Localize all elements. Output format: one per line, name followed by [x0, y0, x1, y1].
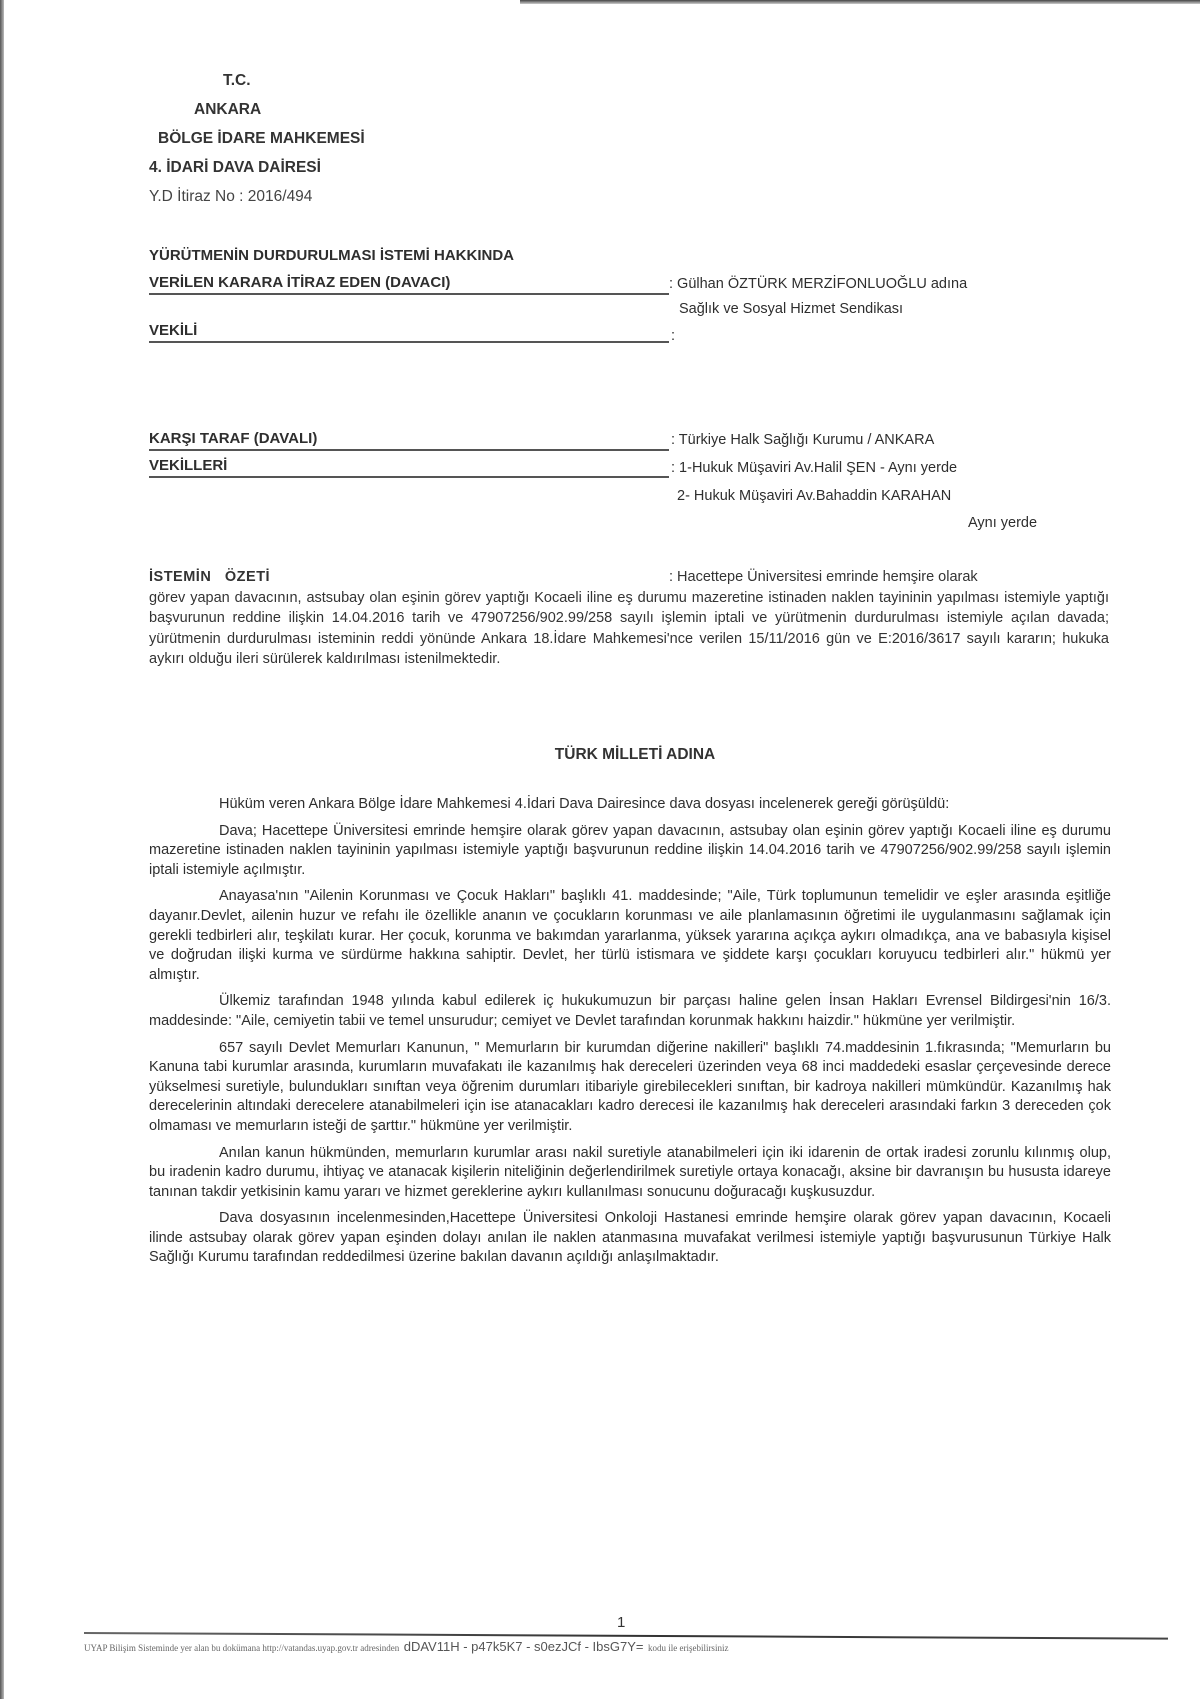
uyap-footer: UYAP Bilişim Sisteminde yer alan bu dokü… — [84, 1638, 1184, 1656]
header-court: BÖLGE İDARE MAHKEMESİ — [158, 124, 365, 153]
summary-first-line: : Hacettepe Üniversitesi emrinde hemşire… — [669, 567, 978, 588]
appellant-value: : Gülhan ÖZTÜRK MERZİFONLUOĞLU adına — [669, 276, 967, 292]
claim-summary: İSTEMİN ÖZETİ : Hacettepe Üniversitesi e… — [149, 567, 1109, 670]
respondent-row: KARŞI TARAF (DAVALI) : Türkiye Halk Sağl… — [149, 430, 669, 451]
summary-text: görev yapan davacının, astsubay olan eşi… — [149, 588, 1109, 670]
body-paragraph: Hüküm veren Ankara Bölge İdare Mahkemesi… — [149, 795, 1111, 815]
body-paragraph: 657 sayılı Devlet Memurları Kanunun, " M… — [149, 1039, 1111, 1137]
footer-access-code: dDAV11H - p47k5K7 - s0ezJCf - IbsG7Y= — [404, 1639, 644, 1654]
appellant-counsel-row: VEKİLİ : — [149, 322, 669, 343]
body-paragraph: Dava dosyasının incelenmesinden,Hacettep… — [149, 1209, 1111, 1268]
respondent-value: : Türkiye Halk Sağlığı Kurumu / ANKARA — [671, 432, 934, 448]
appellant-union: Sağlık ve Sosyal Hizmet Sendikası — [679, 301, 903, 317]
footer-notice-end: kodu ile erişebilirsiniz — [648, 1643, 728, 1653]
header-city: ANKARA — [158, 95, 365, 124]
body-paragraph: Anayasa'nın "Ailenin Korunması ve Çocuk … — [149, 887, 1111, 985]
appellant-row: VERİLEN KARARA İTİRAZ EDEN (DAVACI) : Gü… — [149, 274, 669, 295]
respondent-label: KARŞI TARAF (DAVALI) — [149, 430, 669, 451]
appellant-counsel-label: VEKİLİ — [149, 322, 669, 343]
body-paragraph: Ülkemiz tarafından 1948 yılında kabul ed… — [149, 992, 1111, 1031]
court-header: T.C. ANKARA BÖLGE İDARE MAHKEMESİ 4. İDA… — [158, 66, 365, 211]
appellant-label-line2: VERİLEN KARARA İTİRAZ EDEN (DAVACI) — [149, 274, 669, 295]
decision-body: Hüküm veren Ankara Bölge İdare Mahkemesi… — [149, 795, 1111, 1275]
page-number: 1 — [617, 1614, 625, 1631]
scan-edge-left — [0, 0, 4, 1699]
appellant-label-line1: YÜRÜTMENİN DURDURULMASI İSTEMİ HAKKINDA — [149, 247, 669, 266]
respondent-counsel-label: VEKİLLERİ — [149, 457, 669, 478]
respondent-counsel-2-address: Aynı yerde — [968, 515, 1037, 531]
respondent-counsel-row: VEKİLLERİ : 1-Hukuk Müşaviri Av.Halil ŞE… — [149, 457, 669, 478]
body-paragraph: Anılan kanun hükmünden, memurların kurum… — [149, 1144, 1111, 1203]
header-reference-number: Y.D İtiraz No : 2016/494 — [149, 182, 365, 211]
footer-notice: UYAP Bilişim Sisteminde yer alan bu dokü… — [84, 1643, 399, 1653]
header-department: 4. İDARİ DAVA DAİRESİ — [149, 153, 365, 182]
verdict-title: TÜRK MİLLETİ ADINA — [0, 746, 1200, 764]
appellant-section: YÜRÜTMENİN DURDURULMASI İSTEMİ HAKKINDA — [149, 247, 669, 266]
scan-edge-top — [520, 0, 1200, 4]
appellant-counsel-value: : — [671, 328, 675, 344]
respondent-counsel-1: : 1-Hukuk Müşaviri Av.Halil ŞEN - Aynı y… — [671, 460, 957, 476]
body-paragraph: Dava; Hacettepe Üniversitesi emrinde hem… — [149, 822, 1111, 881]
respondent-counsel-2: 2- Hukuk Müşaviri Av.Bahaddin KARAHAN — [677, 488, 951, 504]
header-tc: T.C. — [158, 66, 365, 95]
